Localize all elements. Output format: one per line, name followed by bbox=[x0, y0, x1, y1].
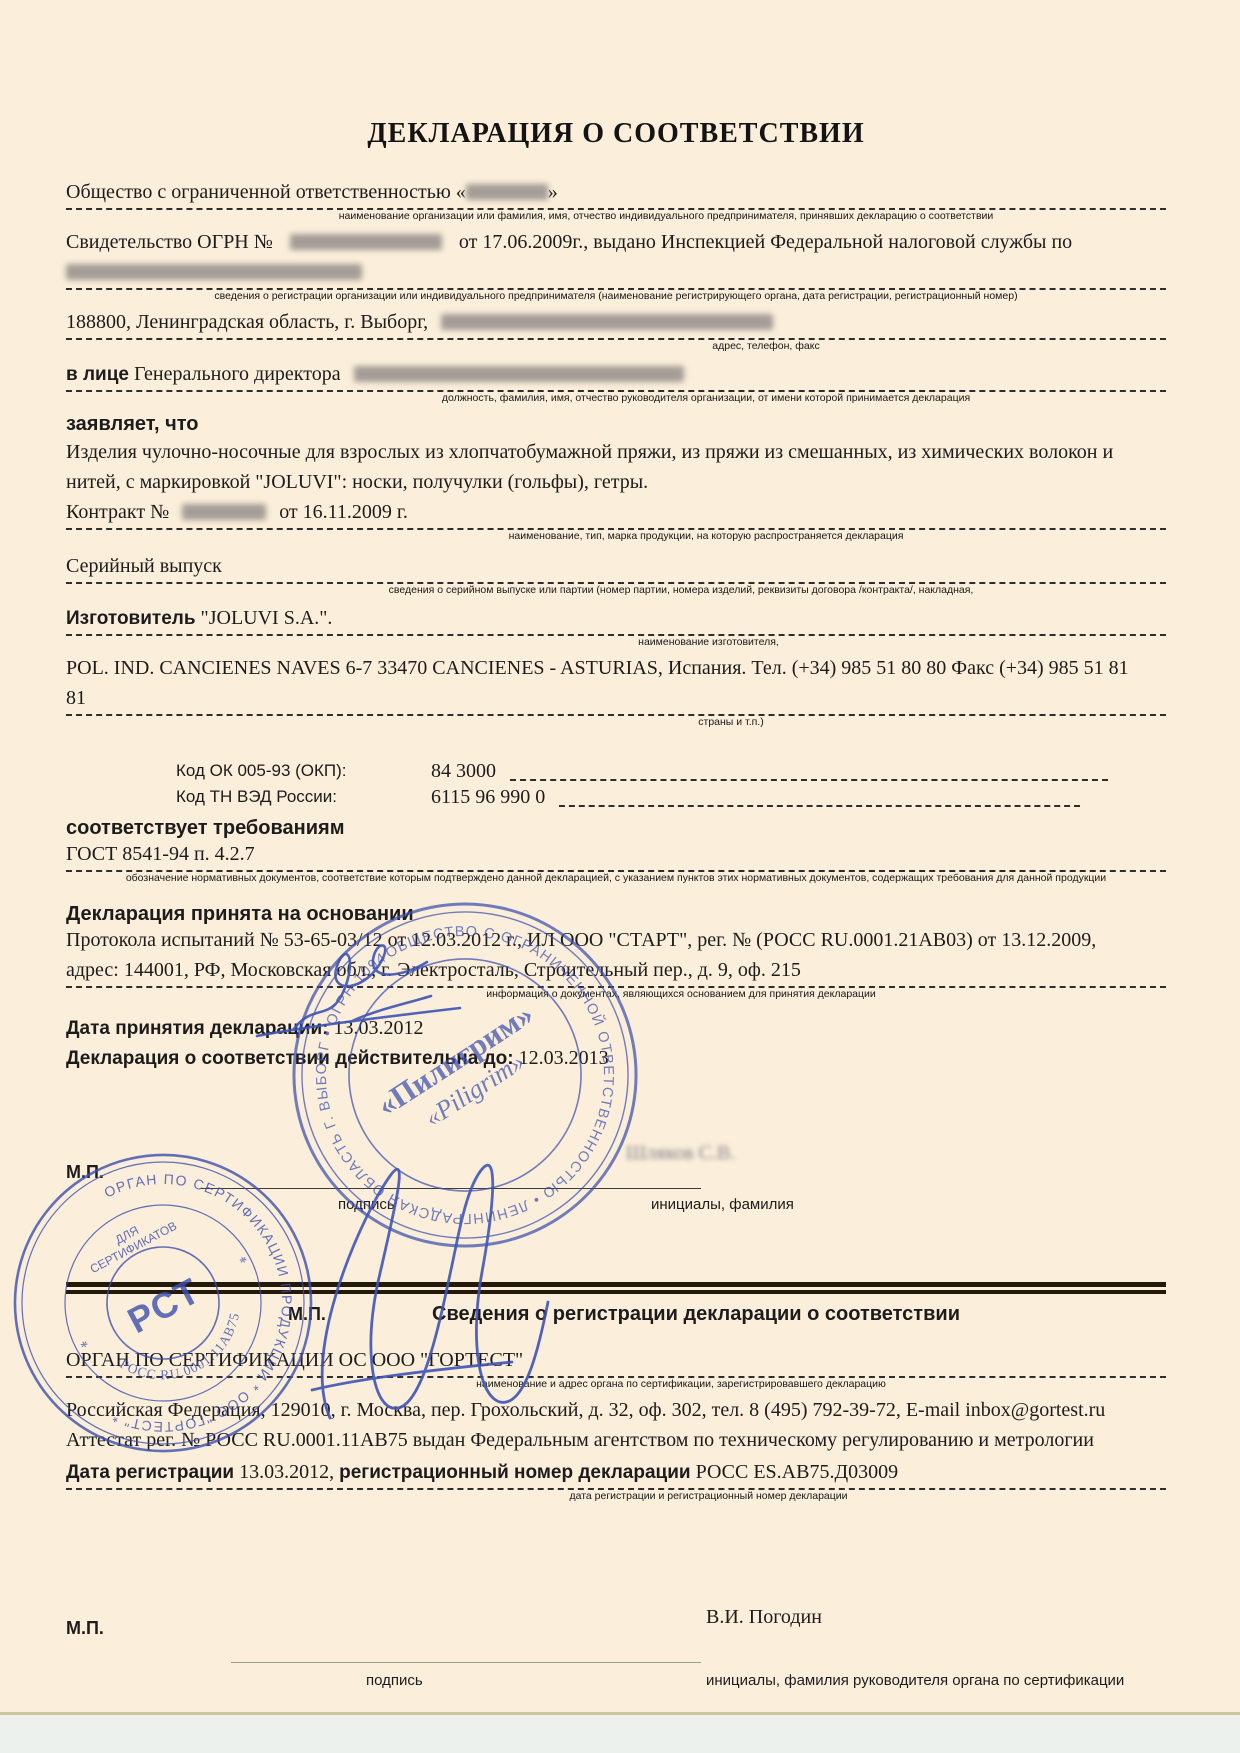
address-prefix: 188800, Ленинградская область, г. Выборг… bbox=[66, 311, 428, 333]
document-title: ДЕКЛАРАЦИЯ О СООТВЕТСТВИИ bbox=[66, 118, 1166, 150]
redacted-org-name bbox=[466, 184, 548, 200]
basis-line2: адрес: 144001, РФ, Московская обл., г. Э… bbox=[66, 956, 1166, 986]
basis-heading: Декларация принята на основании bbox=[66, 902, 1166, 926]
tnved-label: Код ТН ВЭД России: bbox=[176, 784, 421, 810]
valid-until-value: 12.03.2013 bbox=[519, 1047, 609, 1069]
document-page: ДЕКЛАРАЦИЯ О СООТВЕТСТВИИ Общество с огр… bbox=[0, 0, 1240, 1753]
cert-attestation-line: Аттестат рег. № РОСС RU.0001.11АВ75 выда… bbox=[66, 1426, 1166, 1456]
manufacturer-label: Изготовитель bbox=[66, 608, 196, 629]
contract-rest: от 16.11.2009 г. bbox=[279, 501, 408, 523]
redacted-tax-office bbox=[66, 264, 362, 280]
basis-block: Протокола испытаний № 53-65-03/12 от 12.… bbox=[66, 926, 1166, 988]
mp-label-2: М.П. bbox=[66, 1618, 104, 1639]
manufacturer-line: Изготовитель "JOLUVI S.A.". bbox=[66, 604, 1166, 636]
manufacturer-caption: наименование изготовителя, bbox=[66, 636, 1166, 648]
regnum-label: регистрационный номер декларации bbox=[339, 1462, 690, 1483]
tax-office-line bbox=[66, 258, 1166, 288]
declaration-document: ДЕКЛАРАЦИЯ О СООТВЕТСТВИИ Общество с огр… bbox=[0, 118, 1240, 1753]
mp-label-registration: М.П. bbox=[288, 1304, 326, 1325]
manufacturer-address-block: POL. IND. CANCIENES NAVES 6-7 33470 CANC… bbox=[66, 654, 1166, 716]
standard-line: ГОСТ 8541-94 п. 4.2.7 bbox=[66, 840, 1166, 872]
manufacturer-address-caption: страны и т.п.) bbox=[66, 716, 1166, 728]
okp-label: Код ОК 005-93 (ОКП): bbox=[176, 758, 421, 784]
valid-until-label: Декларация о соответствии действительна … bbox=[66, 1048, 514, 1069]
signatory-name-2: В.И. Погодин bbox=[706, 1606, 822, 1629]
manufacturer-name: "JOLUVI S.A.". bbox=[201, 607, 333, 629]
org-prefix: Общество с ограниченной ответственностью… bbox=[66, 181, 466, 203]
ogrn-line: Свидетельство ОГРН № от 17.06.2009г., вы… bbox=[66, 228, 1166, 258]
manufacturer-address-line1: POL. IND. CANCIENES NAVES 6-7 33470 CANC… bbox=[66, 654, 1166, 684]
scan-bottom-edge bbox=[0, 1712, 1240, 1753]
regdate-value: 13.03.2012, bbox=[239, 1461, 334, 1483]
contract-line: Контракт № от 16.11.2009 г. bbox=[66, 498, 1166, 530]
registration-date-line: Дата регистрации 13.03.2012, регистрацио… bbox=[66, 1458, 1166, 1490]
valid-until-line: Декларация о соответствии действительна … bbox=[66, 1044, 1166, 1074]
serial-line: Серийный выпуск bbox=[66, 552, 1166, 584]
product-desc-line1: Изделия чулочно-носочные для взрослых из… bbox=[66, 438, 1166, 468]
regnum-value: РОСС ES.АВ75.Д03009 bbox=[696, 1461, 899, 1483]
registration-heading-row: М.П. Сведения о регистрации декларации о… bbox=[66, 1302, 1166, 1326]
in-person-label: в лице bbox=[66, 364, 129, 385]
declarant-org-line: Общество с ограниченной ответственностью… bbox=[66, 178, 1166, 210]
adoption-date-value: 13.03.2012 bbox=[333, 1017, 423, 1039]
sign-caption-1: подпись bbox=[338, 1196, 395, 1213]
signature-line-1 bbox=[201, 1188, 701, 1189]
serial-caption: сведения о серийном выпуске или партии (… bbox=[66, 584, 1166, 596]
cert-body-address-line: Российская Федерация, 129010, г. Москва,… bbox=[66, 1396, 1166, 1426]
okp-value: 84 3000 bbox=[421, 758, 496, 784]
ogrn-label: Свидетельство ОГРН № bbox=[66, 231, 273, 253]
redacted-ogrn-number bbox=[290, 234, 442, 250]
reg-caption: сведения о регистрации организации или и… bbox=[66, 290, 1166, 302]
separator-line-top bbox=[66, 1282, 1166, 1287]
mp-label-1: М.П. bbox=[66, 1162, 104, 1183]
tnved-value: 6115 96 990 0 bbox=[421, 784, 545, 810]
signature-block-1: М.П. Шляков С.В. подпись инициалы, фамил… bbox=[66, 1122, 1166, 1268]
org-suffix: » bbox=[548, 181, 558, 203]
signatory-name-1: Шляков С.В. bbox=[626, 1142, 735, 1165]
manufacturer-address-line2: 81 bbox=[66, 684, 1166, 714]
separator-line-bottom bbox=[66, 1290, 1166, 1294]
declarant-address-line: 188800, Ленинградская область, г. Выборг… bbox=[66, 308, 1166, 340]
adoption-date-line: Дата принятия декларации: 13.03.2012 bbox=[66, 1014, 1166, 1044]
registration-heading: Сведения о регистрации декларации о соот… bbox=[66, 1302, 1166, 1326]
okp-dash-line bbox=[510, 755, 1108, 781]
standard-caption: обозначение нормативных документов, соот… bbox=[66, 872, 1166, 884]
ogrn-rest: от 17.06.2009г., выдано Инспекцией Федер… bbox=[459, 231, 1072, 253]
org-caption: наименование организации или фамилия, им… bbox=[66, 210, 1166, 222]
person-caption: должность, фамилия, имя, отчество руково… bbox=[66, 392, 1166, 404]
basis-line1: Протокола испытаний № 53-65-03/12 от 12.… bbox=[66, 926, 1166, 956]
in-person-line: в лице Генерального директора bbox=[66, 360, 1166, 392]
regdate-label: Дата регистрации bbox=[66, 1462, 234, 1483]
adoption-date-label: Дата принятия декларации: bbox=[66, 1018, 328, 1039]
regdate-caption: дата регистрации и регистрационный номер… bbox=[66, 1490, 1166, 1502]
cert-body-caption: наименование и адрес органа по сертифика… bbox=[66, 1378, 1166, 1390]
contract-caption: наименование, тип, марка продукции, на к… bbox=[66, 530, 1166, 542]
tnved-dash-line bbox=[559, 781, 1080, 807]
redacted-address bbox=[441, 314, 773, 330]
declares-heading: заявляет, что bbox=[66, 412, 1166, 436]
address-caption: адрес, телефон, факс bbox=[66, 340, 1166, 352]
signature-line-2 bbox=[231, 1662, 701, 1663]
ogrn-block: Свидетельство ОГРН № от 17.06.2009г., вы… bbox=[66, 228, 1166, 290]
name-caption-1: инициалы, фамилия bbox=[651, 1196, 794, 1213]
product-desc-line2: нитей, с маркировкой "JOLUVI": носки, по… bbox=[66, 468, 1166, 498]
redacted-director-name bbox=[354, 366, 684, 382]
cert-body-line: ОРГАН ПО СЕРТИФИКАЦИИ ОС ООО "ГОРТЕСТ" bbox=[66, 1346, 1166, 1378]
sign-caption-2: подпись bbox=[366, 1672, 423, 1689]
basis-caption: информация о документах, являющихся осно… bbox=[66, 988, 1166, 1000]
tnved-code-row: Код ТН ВЭД России: 6115 96 990 0 bbox=[176, 784, 1166, 810]
contract-label: Контракт № bbox=[66, 501, 169, 523]
in-person-text: Генерального директора bbox=[134, 363, 341, 385]
redacted-contract-number bbox=[182, 504, 266, 520]
name-caption-2: инициалы, фамилия руководителя органа по… bbox=[706, 1672, 1124, 1689]
conformity-heading: соответствует требованиям bbox=[66, 816, 1166, 840]
